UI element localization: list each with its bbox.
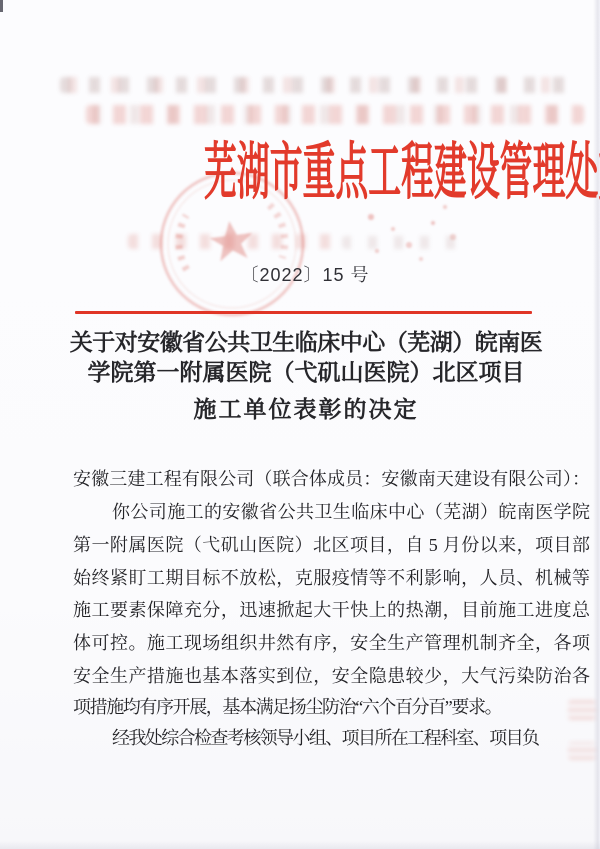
scanned-document-page: 芜湖市重点工程建设管理处文件 〔2022〕15 号 关于对安徽省公共卫生临床中心… bbox=[0, 0, 600, 849]
ink-bleedthrough-band bbox=[86, 105, 584, 124]
seal-ink-speckles bbox=[0, 0, 2, 2]
ink-bleedthrough-mark bbox=[568, 700, 596, 720]
ink-bleedthrough-band bbox=[342, 236, 472, 249]
document-number: 〔2022〕15 号 bbox=[5, 262, 600, 288]
body-line: 安全生产措施也基本落实到位，安全隐患较少，大气污染防治各 bbox=[73, 664, 590, 688]
scan-edge-shadow-bottom bbox=[0, 841, 600, 849]
document-title-line: 施工单位表彰的决定 bbox=[6, 395, 600, 425]
body-line-salutation: 安徽三建工程有限公司（联合体成员：安徽南天建设有限公司）： bbox=[73, 467, 590, 491]
body-line: 始终紧盯工期目标不放松，克服疫情等不利影响，人员、机械等 bbox=[73, 566, 590, 590]
body-line: 第一附属医院（弋矶山医院）北区项目，自 5 月份以来，项目部 bbox=[73, 533, 590, 557]
body-line: 施工要素保障充分，迅速掀起大干快上的热潮，目前施工进度总 bbox=[73, 598, 590, 622]
document-title-line: 学院第一附属医院（弋矶山医院）北区项目 bbox=[6, 358, 600, 388]
red-divider-rule bbox=[75, 311, 532, 314]
body-line: 你公司施工的安徽省公共卫生临床中心（芜湖）皖南医学院 bbox=[73, 500, 590, 524]
document-title-line: 关于对安徽省公共卫生临床中心（芜湖）皖南医 bbox=[6, 328, 600, 358]
ink-bleedthrough-band bbox=[128, 234, 333, 249]
body-line: 经我处综合检查考核领导小组、项目所在工程科室、项目负 bbox=[73, 726, 535, 750]
ink-bleedthrough-band bbox=[60, 77, 576, 93]
body-line: 项措施均有序开展，基本满足扬尘防治“六个百分百”要求。 bbox=[73, 695, 519, 719]
ink-bleedthrough-mark bbox=[568, 742, 596, 760]
body-line: 体可控。施工现场组织井然有序，安全生产管理机制齐全，各项 bbox=[73, 631, 590, 655]
